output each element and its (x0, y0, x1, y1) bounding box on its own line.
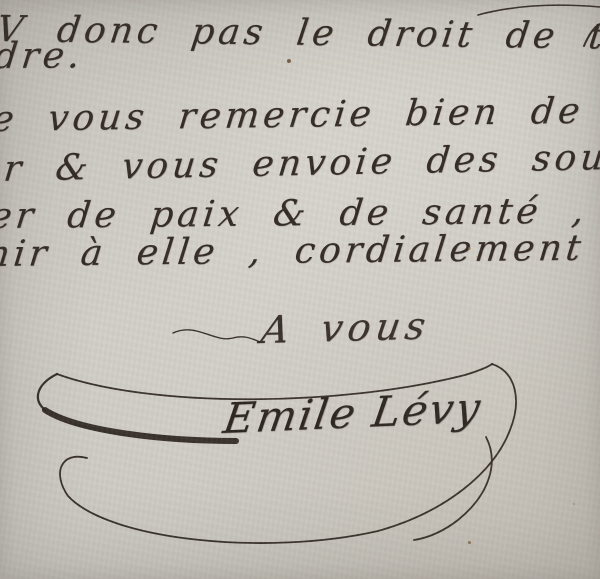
handwritten-line: e vous remercie bien de vo (0, 89, 600, 142)
signature-name: Emile Lévy (220, 383, 485, 444)
signature-descender-stroke (414, 437, 492, 540)
ink-flourishes (0, 0, 600, 579)
letter-photograph: V donc pas le droit de trop m dre. e vou… (0, 0, 600, 579)
foxing-speck (287, 59, 291, 63)
foxing-speck (468, 247, 471, 250)
handwritten-line: dre. (0, 34, 86, 78)
handwritten-line: ir & vous envoie des souha (0, 135, 600, 191)
foxing-speck (468, 541, 471, 544)
handwritten-line: V donc pas le droit de trop m (0, 8, 600, 60)
closing-flourish (173, 330, 260, 342)
handwritten-line: nir à elle , cordialement (0, 227, 587, 276)
signature-flourish-left-curl (38, 374, 57, 410)
photo-grain-overlay (0, 0, 600, 579)
foxing-speck (476, 256, 478, 258)
foxing-speck (573, 503, 575, 505)
signature-underline-stroke (45, 410, 236, 441)
closing-line: A vous (258, 304, 433, 354)
